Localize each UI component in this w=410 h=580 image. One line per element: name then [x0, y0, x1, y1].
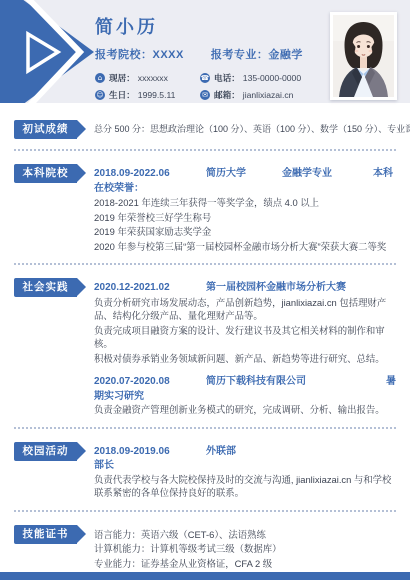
- campus-role: 部长: [94, 459, 396, 473]
- section-initial-scores: 初试成绩 总分 500 分：思想政治理论（100 分）、英语（100 分）、数学…: [0, 120, 410, 139]
- skills-list: 语言能力：英语六级（CET-6）、法语熟练 计算机能力：计算机等级考试三级（数据…: [94, 528, 396, 571]
- honor-item: 2019 年荣誉校三好学生称号: [94, 211, 396, 225]
- residence-label: 现居：: [109, 72, 135, 84]
- target-major: 报考专业：金融学: [211, 46, 303, 62]
- skills-content: 语言能力：英语六级（CET-6）、法语熟练 计算机能力：计算机等级考试三级（数据…: [94, 525, 396, 571]
- education-school: 简历大学: [206, 167, 282, 181]
- phone-value: 135-0000-0000: [243, 73, 301, 83]
- header-main: 简小历 报考院校：XXXX 报考专业：金融学 ⌂ 现居： xxxxxxx ☺ 生…: [95, 13, 303, 101]
- honor-item: 2018-2021 年连续三年获得一等奖学金，绩点 4.0 以上: [94, 196, 396, 210]
- dotted-divider: [14, 149, 396, 151]
- envelope-icon: ✉: [200, 90, 210, 100]
- practice1-duties: 负责分析研究市场发展动态，产品创新趋势，jianlixiazai.cn 包括理财…: [94, 296, 396, 366]
- target-school-value: XXXX: [153, 49, 184, 61]
- phone-item: ☎ 电话： 135-0000-0000: [200, 72, 301, 84]
- education-content: 2018.09-2022.06 简历大学 金融学专业 本科 在校荣誉： 2018…: [94, 164, 396, 253]
- education-period: 2018.09-2022.06: [94, 167, 206, 181]
- resume-header: 简小历 报考院校：XXXX 报考专业：金融学 ⌂ 现居： xxxxxxx ☺ 生…: [0, 0, 410, 103]
- location-icon: ⌂: [95, 73, 105, 83]
- practice-entry1-row: 2020.12-2021.02 第一届校园杯金融市场分析大赛: [94, 281, 396, 295]
- residence-value: xxxxxxx: [138, 73, 168, 83]
- birthday-value: 1999.5.11: [138, 90, 176, 100]
- dotted-divider: [14, 427, 396, 429]
- email-item: ✉ 邮箱： jianlixiazai.cn: [200, 89, 301, 101]
- profile-photo: [330, 12, 397, 100]
- practice-content: 2020.12-2021.02 第一届校园杯金融市场分析大赛 负责分析研究市场发…: [94, 278, 396, 417]
- target-major-value: 金融学: [268, 49, 303, 61]
- scores-text: 总分 500 分：思想政治理论（100 分）、英语（100 分）、数学（150 …: [94, 123, 396, 137]
- email-label: 邮箱：: [214, 89, 240, 101]
- section-tag-skills: 技能证书: [14, 525, 77, 544]
- birthday-item: ☺ 生日： 1999.5.11: [95, 89, 187, 101]
- campus-period: 2018.09-2019.06: [94, 445, 206, 459]
- duty-item: 负责分析研究市场发展动态，产品创新趋势，jianlixiazai.cn 包括理财…: [94, 296, 396, 323]
- section-tag-campus: 校园活动: [14, 442, 77, 461]
- honors-title: 在校荣誉：: [94, 182, 396, 196]
- contact-info: ⌂ 现居： xxxxxxx ☺ 生日： 1999.5.11 ☎ 电话： 135-…: [95, 72, 303, 101]
- birthday-label: 生日：: [109, 89, 135, 101]
- skill-item: 语言能力：英语六级（CET-6）、法语熟练: [94, 528, 396, 542]
- contact-column-left: ⌂ 现居： xxxxxxx ☺ 生日： 1999.5.11: [95, 72, 187, 101]
- campus-duty: 负责代表学校与各大院校保持及时的交流与沟通, jianlixiazai.cn 与…: [94, 473, 396, 500]
- campus-row: 2018.09-2019.06 外联部: [94, 445, 396, 459]
- footer-bar: [0, 572, 410, 580]
- honors-list: 2018-2021 年连续三年获得一等奖学金，绩点 4.0 以上 2019 年荣…: [94, 196, 396, 253]
- resume-body: 初试成绩 总分 500 分：思想政治理论（100 分）、英语（100 分）、数学…: [0, 120, 410, 570]
- campus-content: 2018.09-2019.06 外联部 部长 负责代表学校与各大院校保持及时的交…: [94, 442, 396, 500]
- apply-info-row: 报考院校：XXXX 报考专业：金融学: [95, 46, 303, 62]
- practice2-role-head: 暑: [386, 375, 396, 389]
- practice2-role: 期实习研究: [94, 390, 396, 404]
- practice2-period: 2020.07-2020.08: [94, 375, 206, 389]
- target-school-label: 报考院校：: [95, 49, 153, 61]
- practice2-org: 简历下载科技有限公司: [206, 375, 306, 389]
- dotted-divider: [14, 510, 396, 512]
- avatar-illustration: [333, 15, 394, 97]
- scores-content: 总分 500 分：思想政治理论（100 分）、英语（100 分）、数学（150 …: [94, 120, 396, 137]
- skill-item: 计算机能力：计算机等级考试三级（数据库）: [94, 542, 396, 556]
- section-campus: 校园活动 2018.09-2019.06 外联部 部长 负责代表学校与各大院校保…: [0, 442, 410, 500]
- practice-entry2-row: 2020.07-2020.08 简历下载科技有限公司 暑: [94, 375, 396, 389]
- email-value: jianlixiazai.cn: [243, 90, 294, 100]
- education-major: 金融学专业: [282, 167, 373, 181]
- target-school: 报考院校：XXXX: [95, 46, 184, 62]
- section-skills: 技能证书 语言能力：英语六级（CET-6）、法语熟练 计算机能力：计算机等级考试…: [0, 525, 410, 571]
- contact-column-right: ☎ 电话： 135-0000-0000 ✉ 邮箱： jianlixiazai.c…: [200, 72, 301, 101]
- honor-item: 2020 年参与校第三届“第一届校园杯金融市场分析大赛”荣获大赛二等奖: [94, 240, 396, 254]
- practice1-period: 2020.12-2021.02: [94, 281, 206, 295]
- duty-item: 负责完成项目融资方案的设计、发行建议书及其它相关材料的制作和审核。: [94, 324, 396, 351]
- education-degree: 本科: [373, 167, 393, 181]
- section-tag-education: 本科院校: [14, 164, 77, 183]
- section-education: 本科院校 2018.09-2022.06 简历大学 金融学专业 本科 在校荣誉：…: [0, 164, 410, 253]
- resume-page: 简小历 报考院校：XXXX 报考专业：金融学 ⌂ 现居： xxxxxxx ☺ 生…: [0, 0, 410, 580]
- phone-label: 电话：: [214, 72, 240, 84]
- candidate-name: 简小历: [95, 13, 303, 39]
- person-icon: ☺: [95, 90, 105, 100]
- duty-item: 积极对债券承销业务领域新问题、新产品、新趋势等进行研究、总结。: [94, 352, 396, 366]
- residence-item: ⌂ 现居： xxxxxxx: [95, 72, 187, 84]
- practice2-duty: 负责金融资产管理创新业务模式的研究，完成调研、分析、输出报告。: [94, 403, 396, 417]
- education-header-row: 2018.09-2022.06 简历大学 金融学专业 本科: [94, 167, 396, 181]
- campus-org: 外联部: [206, 445, 236, 459]
- phone-icon: ☎: [200, 73, 210, 83]
- target-major-label: 报考专业：: [211, 49, 269, 61]
- section-practice: 社会实践 2020.12-2021.02 第一届校园杯金融市场分析大赛 负责分析…: [0, 278, 410, 417]
- practice1-org: 第一届校园杯金融市场分析大赛: [206, 281, 346, 295]
- skill-item: 专业能力：证券基金从业资格证，CFA 2 级: [94, 557, 396, 571]
- honor-item: 2019 年荣获国家励志奖学金: [94, 225, 396, 239]
- dotted-divider: [14, 263, 396, 265]
- section-tag-scores: 初试成绩: [14, 120, 77, 139]
- section-tag-practice: 社会实践: [14, 278, 77, 297]
